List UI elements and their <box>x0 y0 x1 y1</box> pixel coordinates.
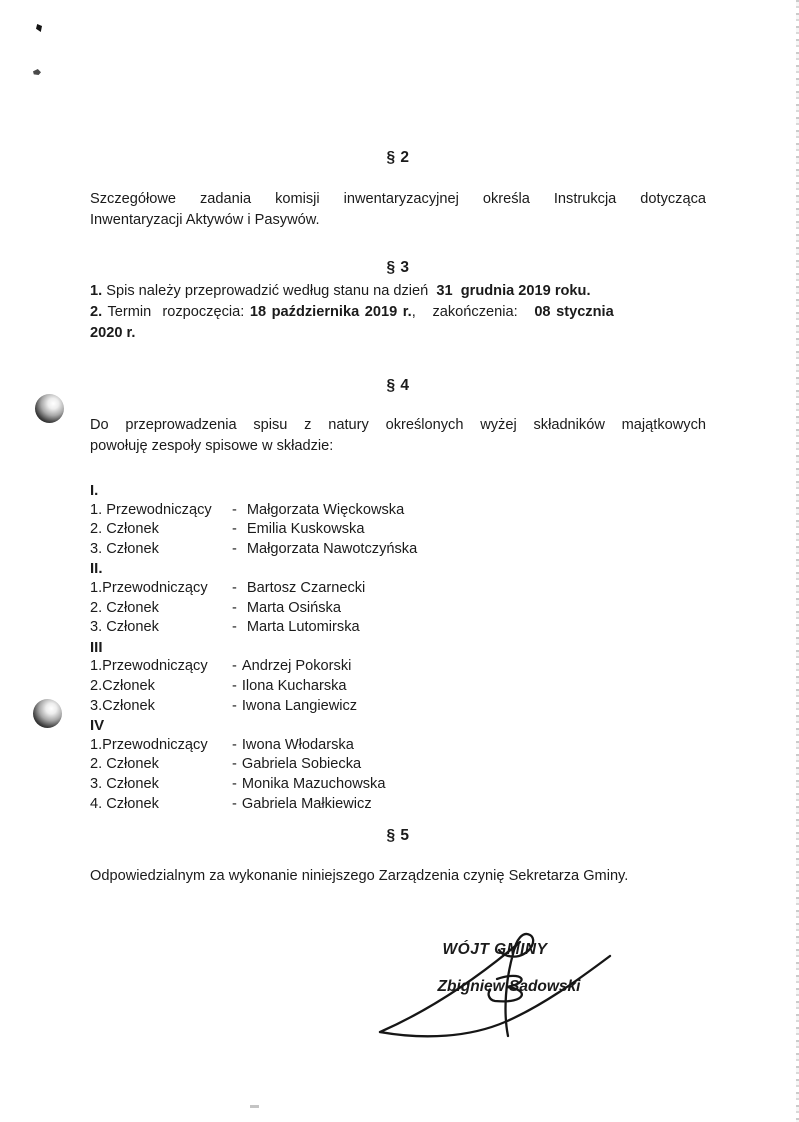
section-3-item-1: 1. Spis należy przeprowadzić według stan… <box>90 281 706 301</box>
team-2: II. 1.Przewodniczący-Bartosz Czarnecki 2… <box>90 559 706 637</box>
member-role: 2.Członek <box>90 677 232 697</box>
section-3-heading: § 3 <box>90 259 706 277</box>
section-2-paragraph-line1: Szczegółowe zadania komisji inwentaryzac… <box>90 189 706 209</box>
member-name: Bartosz Czarnecki <box>237 579 365 599</box>
member-name: Gabriela Sobiecka <box>237 755 361 775</box>
member-name: Marta Lutomirska <box>237 618 360 638</box>
team-1: I. 1. Przewodniczący-Małgorzata Więckows… <box>90 481 706 559</box>
member-role: 3. Członek <box>90 618 232 638</box>
member-name: Iwona Włodarska <box>237 736 354 756</box>
team-member-row: 1.Przewodniczący-Andrzej Pokorski <box>90 657 706 677</box>
member-name: Iwona Langiewicz <box>237 697 357 717</box>
member-role: 2. Członek <box>90 599 232 619</box>
scan-speck-icon <box>250 1105 259 1108</box>
member-role: 1. Przewodniczący <box>90 501 232 521</box>
member-role: 3. Członek <box>90 775 232 795</box>
section-4-heading: § 4 <box>90 377 706 395</box>
section-5-heading: § 5 <box>90 827 706 845</box>
member-role: 3.Członek <box>90 697 232 717</box>
member-name: Marta Osińska <box>237 599 341 619</box>
team-member-row: 2.Członek-Ilona Kucharska <box>90 677 706 697</box>
team-member-row: 4. Członek-Gabriela Małkiewicz <box>90 795 706 815</box>
scan-hole-mark-icon <box>33 699 62 728</box>
team-member-row: 3. Członek-Marta Lutomirska <box>90 618 706 638</box>
section-2-heading: § 2 <box>90 149 706 167</box>
team-label: III <box>90 638 706 658</box>
team-member-row: 2. Członek-Marta Osińska <box>90 599 706 619</box>
member-name: Ilona Kucharska <box>237 677 347 697</box>
item-text: Spis należy przeprowadzić według stanu n… <box>102 283 436 299</box>
member-role: 1.Przewodniczący <box>90 657 232 677</box>
section-5-paragraph: Odpowiedzialnym za wykonanie niniejszego… <box>90 866 706 886</box>
item-date-bold: 18 października 2019 r. <box>250 304 412 320</box>
team-label: II. <box>90 559 706 579</box>
team-member-row: 3.Członek-Iwona Langiewicz <box>90 697 706 717</box>
member-role: 2. Członek <box>90 520 232 540</box>
member-name: Gabriela Małkiewicz <box>237 795 372 815</box>
member-role: 2. Członek <box>90 755 232 775</box>
team-3: III 1.Przewodniczący-Andrzej Pokorski 2.… <box>90 638 706 716</box>
team-4: IV 1.Przewodniczący-Iwona Włodarska 2. C… <box>90 716 706 814</box>
section-3-item-2-continuation: 2020 r. <box>90 323 706 343</box>
scan-speck-icon <box>36 24 42 32</box>
item-text: Termin rozpoczęcia: <box>102 304 250 320</box>
item-text: , zakończenia: <box>412 304 535 320</box>
item-number: 2. <box>90 304 102 320</box>
item-date-bold: 08 stycznia <box>534 304 613 320</box>
scanned-document-page: § 2 Szczegółowe zadania komisji inwentar… <box>0 0 799 1122</box>
scan-hole-mark-icon <box>35 394 64 423</box>
section-2-paragraph-line2: Inwentaryzacji Aktywów i Pasywów. <box>90 210 706 230</box>
team-member-row: 2. Członek-Gabriela Sobiecka <box>90 755 706 775</box>
inventory-teams-list: I. 1. Przewodniczący-Małgorzata Więckows… <box>90 481 706 814</box>
member-role: 1.Przewodniczący <box>90 579 232 599</box>
item-date-bold: 31 grudnia 2019 roku. <box>436 283 590 299</box>
scan-speck-icon <box>33 69 41 75</box>
team-member-row: 1.Przewodniczący-Iwona Włodarska <box>90 736 706 756</box>
member-name: Małgorzata Nawotczyńska <box>237 540 417 560</box>
member-role: 4. Członek <box>90 795 232 815</box>
member-name: Monika Mazuchowska <box>237 775 386 795</box>
team-member-row: 3. Członek-Małgorzata Nawotczyńska <box>90 540 706 560</box>
team-member-row: 1. Przewodniczący-Małgorzata Więckowska <box>90 501 706 521</box>
team-member-row: 1.Przewodniczący-Bartosz Czarnecki <box>90 579 706 599</box>
team-label: I. <box>90 481 706 501</box>
section-4-paragraph-line2: powołuję zespoły spisowe w składzie: <box>90 436 706 456</box>
section-3-item-2: 2. Termin rozpoczęcia: 18 października 2… <box>90 302 706 322</box>
member-role: 1.Przewodniczący <box>90 736 232 756</box>
team-member-row: 3. Członek-Monika Mazuchowska <box>90 775 706 795</box>
member-name: Małgorzata Więckowska <box>237 501 404 521</box>
item-number: 1. <box>90 283 102 299</box>
team-member-row: 2. Członek-Emilia Kuskowska <box>90 520 706 540</box>
section-4-paragraph-line1: Do przeprowadzenia spisu z natury określ… <box>90 415 706 435</box>
handwritten-signature <box>370 927 620 1042</box>
member-name: Andrzej Pokorski <box>237 657 352 677</box>
team-label: IV <box>90 716 706 736</box>
member-role: 3. Członek <box>90 540 232 560</box>
member-name: Emilia Kuskowska <box>237 520 365 540</box>
